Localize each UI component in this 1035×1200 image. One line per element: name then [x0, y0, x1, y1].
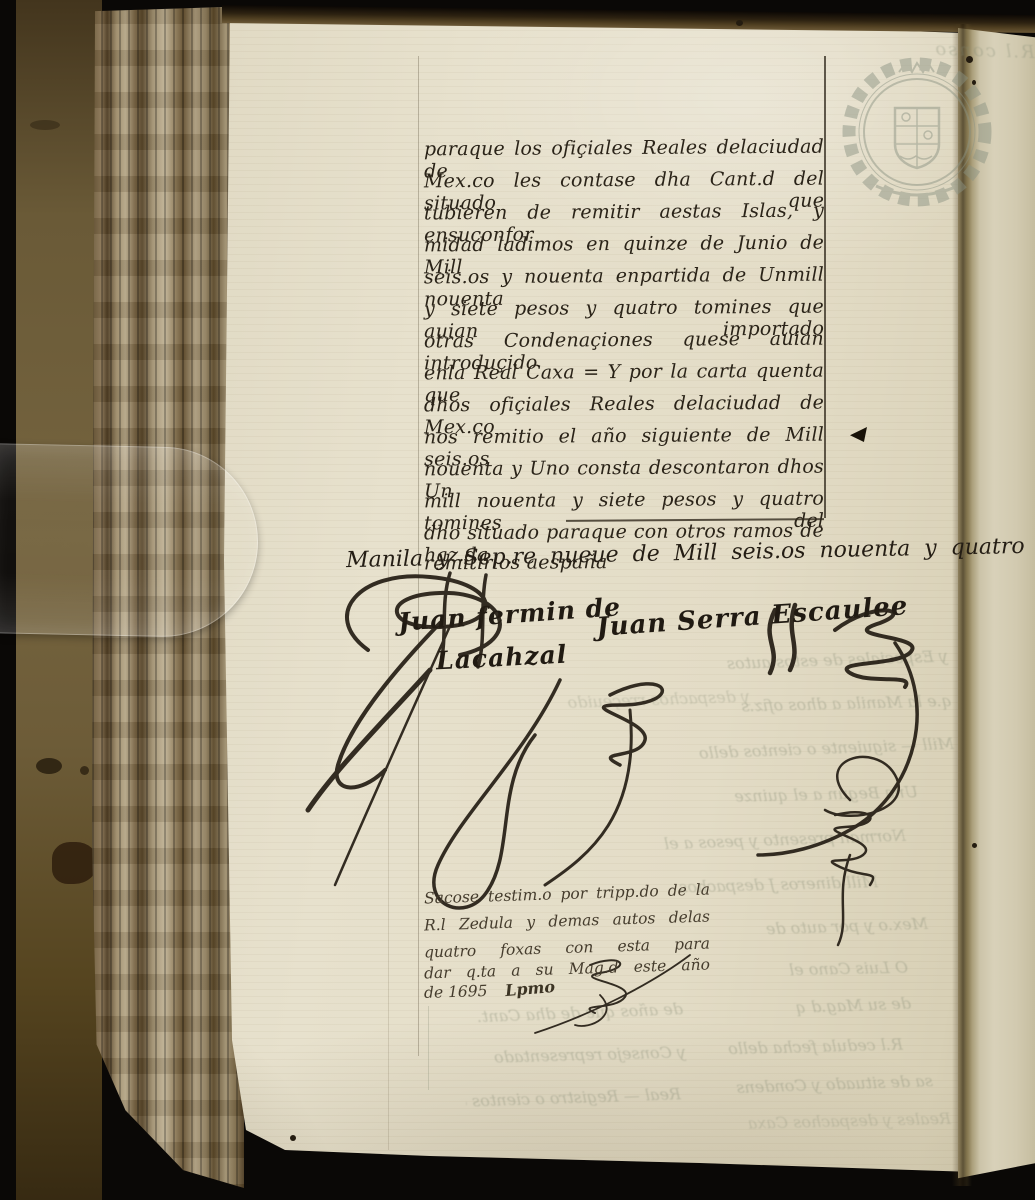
cover-stain: [80, 766, 89, 775]
ink-speck: [972, 80, 976, 85]
text-line: Mex.co les contase dha Cant.d del situad…: [424, 168, 824, 201]
ink-speck: [736, 20, 743, 26]
text-block-right-rule: [824, 56, 826, 518]
text-line: mill nouenta y siete pesos y quatro tomi…: [424, 488, 824, 521]
signature-flourishes: [290, 555, 1010, 1075]
text-line: seis.os y nouenta enpartida de Unmill no…: [424, 264, 824, 297]
ink-speck: [972, 843, 977, 848]
text-line: tubieren de remitir aestas Islas, y ensu…: [424, 200, 824, 233]
text-line: nos remitio el año siguiente de Mill sei…: [424, 424, 824, 457]
cover-stain: [30, 120, 60, 130]
text-line: enla Real Caxa = Y por la carta quenta q…: [424, 360, 824, 393]
text-line: midad ladimos en quinze de Junio de Mill: [424, 232, 824, 265]
manuscript-photograph: 202 R.l conso y Especiales de estos auto…: [0, 0, 1035, 1200]
royal-seal-stamp: [836, 46, 998, 214]
text-line: nouenta y Uno consta descontaron dhos Un: [424, 456, 824, 489]
text-line: y siete pesos y quatro tomines que auian…: [424, 296, 824, 329]
ink-speck: [290, 1135, 296, 1141]
text-line: dhos ofiçiales Reales delaciudad de Mex.…: [424, 392, 824, 425]
acrylic-strip-weight: [0, 443, 260, 639]
text-line: otras Condenaçiones quese auian introduç…: [424, 328, 824, 361]
text-line: paraque los ofiçiales Reales delaciudad …: [424, 136, 824, 169]
ink-speck: [966, 56, 973, 63]
cover-stain: [36, 758, 62, 774]
